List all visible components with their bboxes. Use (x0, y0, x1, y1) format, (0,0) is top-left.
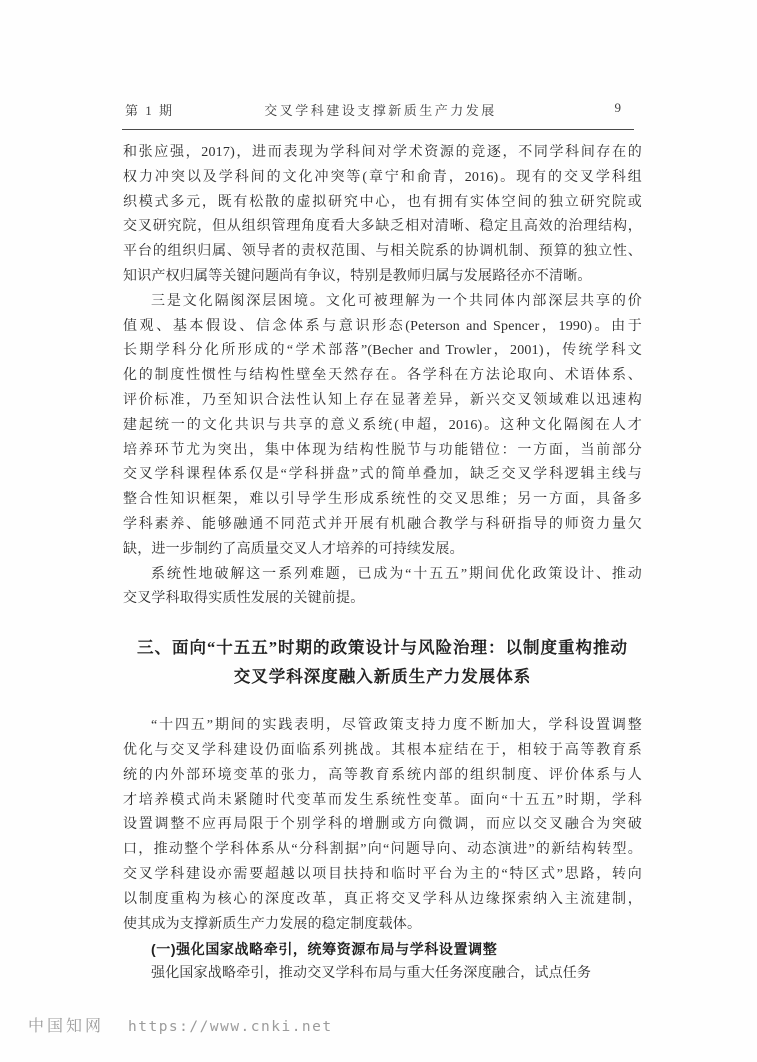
paragraph: 和张应强，2017)，进而表现为学科间对学术资源的竞逐，不同学科间存在的权力冲突… (123, 141, 642, 290)
text-line: 缺，进一步制约了高质量交叉人才培养的可持续发展。 (123, 538, 642, 563)
text-line: 学科素养、能够融通不同范式并开展有机融合教学与科研指导的师资力量欠 (123, 513, 642, 538)
text-line: 系统性地破解这一系列难题，已成为“十五五”期间优化政策设计、推动 (123, 563, 642, 588)
text-line: 化的制度性惯性与结构性壁垒天然存在。各学科在方法论取向、术语体系、 (123, 364, 642, 389)
text-line: 培养环节尤为突出，集中体现为结构性脱节与功能错位：一方面，当前部分 (123, 439, 642, 464)
text-line: 长期学科分化所形成的“学术部落”(Becher and Trowler，2001… (123, 339, 642, 364)
page-footer: 中国知网https://www.cnki.net (28, 1013, 333, 1039)
text-line: 交叉学科课程体系仅是“学科拼盘”式的简单叠加，缺乏交叉学科逻辑主线与 (123, 463, 642, 488)
page-body: 和张应强，2017)，进而表现为学科间对学术资源的竞逐，不同学科间存在的权力冲突… (123, 141, 642, 987)
subsection-heading: (一)强化国家战略牵引，统筹资源布局与学科设置调整 (123, 937, 642, 962)
section-heading: 三、面向“十五五”时期的政策设计与风险治理：以制度重构推动交叉学科深度融入新质生… (123, 633, 642, 691)
text-line: 建起统一的文化共识与共享的意义系统(申超，2016)。这种文化隔阂在人才 (123, 414, 642, 439)
text-line: 和张应强，2017)，进而表现为学科间对学术资源的竞逐，不同学科间存在的 (123, 141, 642, 166)
text-line: 织模式多元，既有松散的虚拟研究中心，也有拥有实体空间的独立研究院或 (123, 191, 642, 216)
text-line: 权力冲突以及学科间的文化冲突等(章宁和俞青，2016)。现有的交叉学科组 (123, 166, 642, 191)
text-line: 统的内外部环境变革的张力，高等教育系统内部的组织制度、评价体系与人 (123, 764, 642, 789)
cnki-url: https://www.cnki.net (128, 1019, 333, 1035)
section-heading-line: 交叉学科深度融入新质生产力发展体系 (123, 662, 642, 691)
text-line: 整合性知识框架，难以引导学生形成系统性的交叉思维；另一方面，具备多 (123, 488, 642, 513)
paragraph: 系统性地破解这一系列难题，已成为“十五五”期间优化政策设计、推动交叉学科取得实质… (123, 563, 642, 613)
running-title: 交叉学科建设支撑新质生产力发展 (123, 100, 638, 119)
text-line: 知识产权归属等关键问题尚有争议，特别是教师归属与发展路径亦不清晰。 (123, 265, 642, 290)
text-line: 评价标准，乃至知识合法性认知上存在显著差异，新兴交叉领域难以迅速构 (123, 389, 642, 414)
section-heading-line: 三、面向“十五五”时期的政策设计与风险治理：以制度重构推动 (123, 633, 642, 662)
cnki-watermark: 中国知网 (28, 1018, 104, 1035)
text-line: 以制度重构为核心的深度改革，真正将交叉学科从边缘探索纳入主流建制， (123, 888, 642, 913)
paragraph: “十四五”期间的实践表明，尽管政策支持力度不断加大，学科设置调整优化与交叉学科建… (123, 714, 642, 937)
text-line: 交叉学科取得实质性发展的关键前提。 (123, 587, 642, 612)
text-line: 设置调整不应再局限于个别学科的增删或方向微调，而应以交叉融合为突破 (123, 813, 642, 838)
paragraph: 三是文化隔阂深层困境。文化可被理解为一个共同体内部深层共享的价值观、基本假设、信… (123, 290, 642, 563)
text-line: 三是文化隔阂深层困境。文化可被理解为一个共同体内部深层共享的价 (123, 290, 642, 315)
page-number: 9 (615, 100, 623, 116)
paragraph: 强化国家战略牵引，推动交叉学科布局与重大任务深度融合，试点任务 (123, 962, 642, 987)
text-line: “十四五”期间的实践表明，尽管政策支持力度不断加大，学科设置调整 (123, 714, 642, 739)
text-line: 交叉研究院，但从组织管理角度看大多缺乏相对清晰、稳定且高效的治理结构， (123, 215, 642, 240)
text-line: 交叉学科建设亦需要超越以项目扶持和临时平台为主的“特区式”思路，转向 (123, 863, 642, 888)
text-line: 才培养模式尚未紧随时代变革而发生系统性变革。面向“十五五”时期，学科 (123, 789, 642, 814)
text-line: 口，推动整个学科体系从“分科割据”向“问题导向、动态演进”的新结构转型。 (123, 838, 642, 863)
text-line: 值观、基本假设、信念体系与意识形态(Peterson and Spencer，1… (123, 315, 642, 340)
running-header: 第 1 期 交叉学科建设支撑新质生产力发展 9 (123, 100, 638, 120)
header-divider-rule (122, 129, 634, 130)
scanned-paper-page: 第 1 期 交叉学科建设支撑新质生产力发展 9 和张应强，2017)，进而表现为… (0, 0, 757, 1062)
text-line: 使其成为支撑新质生产力发展的稳定制度载体。 (123, 913, 642, 938)
text-line: 优化与交叉学科建设仍面临系列挑战。其根本症结在于，相较于高等教育系 (123, 739, 642, 764)
text-line: 平台的组织归属、领导者的责权范围、与相关院系的协调机制、预算的独立性、 (123, 240, 642, 265)
text-line: 强化国家战略牵引，推动交叉学科布局与重大任务深度融合，试点任务 (123, 962, 642, 987)
